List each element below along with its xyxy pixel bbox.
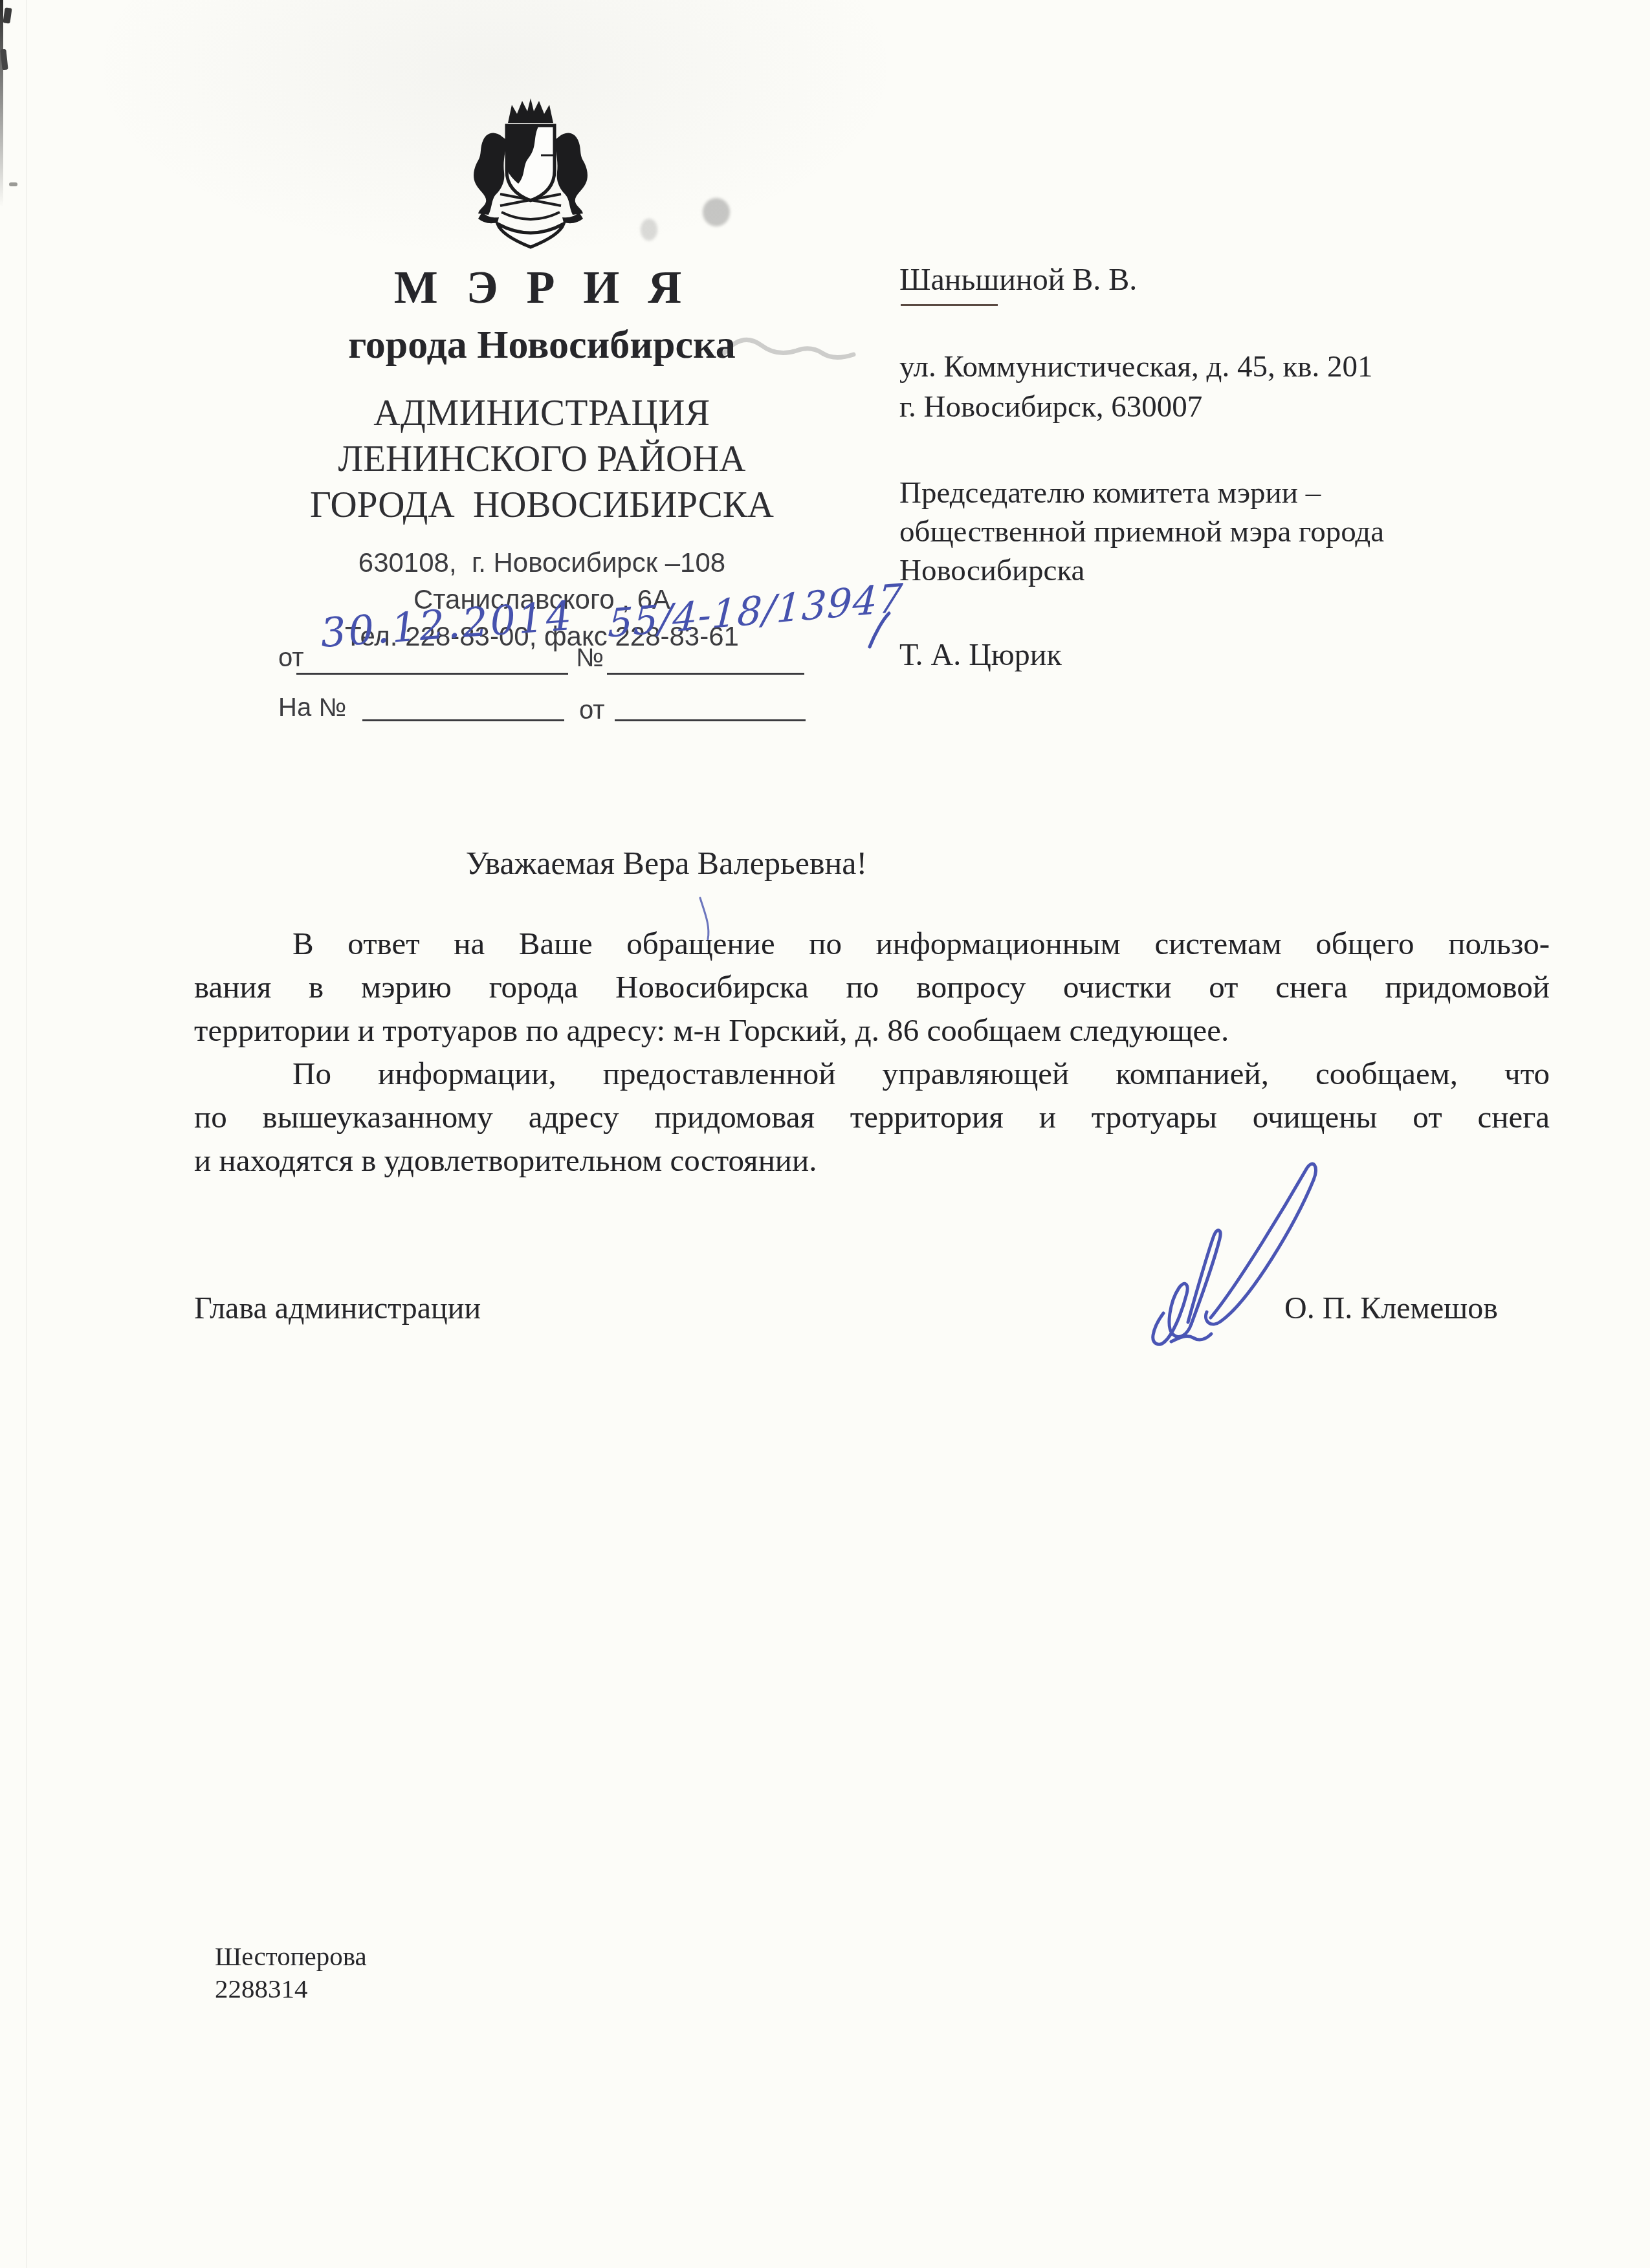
executor-phone: 2288314 <box>215 1973 308 2004</box>
addressee-name-underline <box>901 304 998 306</box>
addressee-street: ул. Коммунистическая, д. 45, кв. 201 <box>899 349 1372 384</box>
addressee-name: Шаньшиной В. В. <box>899 262 1137 298</box>
addressee-city: г. Новосибирск, 630007 <box>899 389 1202 424</box>
org-admin-line2: ЛЕНИНСКОГО РАЙОНА <box>272 441 812 477</box>
org-admin-line1: АДМИНИСТРАЦИЯ <box>272 395 812 431</box>
signoff-position: Глава администрации <box>194 1291 481 1326</box>
org-title: М Э Р И Я <box>272 264 812 311</box>
scan-smudge <box>641 219 657 241</box>
copy-recipient-line2: общественной приемной мэра города <box>899 514 1384 549</box>
body-line: вания в мэрию города Новосибирска по воп… <box>194 970 1550 1005</box>
ref-from-label: от <box>278 644 304 673</box>
pen-tick-mark <box>867 611 893 649</box>
reply-from-label: от <box>579 696 605 725</box>
copy-recipient-line1: Председателю комитета мэрии – <box>899 475 1321 510</box>
scan-artifact <box>0 0 3 207</box>
scanned-letter-page: М Э Р И Я города Новосибирска АДМИНИСТРА… <box>0 0 1650 2268</box>
org-subtitle: города Новосибирска <box>272 325 812 365</box>
copy-recipient-line3: Новосибирска <box>899 553 1084 588</box>
coat-of-arms <box>463 97 599 256</box>
scan-smudge <box>703 198 730 226</box>
reply-date-line <box>615 719 806 721</box>
reply-ref-label: На № <box>278 693 346 723</box>
scan-artifact <box>0 49 8 71</box>
handwritten-signature <box>1126 1146 1365 1360</box>
body-line: По информации, предоставленной управляющ… <box>194 1056 1550 1091</box>
scan-crease-line <box>26 0 27 2268</box>
body-line: по вышеуказанному адресу придомовая терр… <box>194 1100 1550 1135</box>
ref-number-label: № <box>576 644 604 673</box>
scan-artifact <box>9 182 17 186</box>
body-line: территории и тротуаров по адресу: м-н Го… <box>194 1013 1550 1048</box>
copy-recipient-name: Т. А. Цюрик <box>899 637 1062 673</box>
reply-number-line <box>362 719 564 721</box>
salutation: Уважаемая Вера Валерьевна! <box>194 844 1139 882</box>
executor-name: Шестоперова <box>215 1941 367 1972</box>
org-postal-address: 630108, г. Новосибирск –108 <box>272 549 812 576</box>
body-line: В ответ на Ваше обращение по информацион… <box>194 926 1550 961</box>
ref-date-line <box>296 673 568 675</box>
org-admin-line3: ГОРОДА НОВОСИБИРСКА <box>272 486 812 523</box>
ref-number-line <box>607 673 804 675</box>
signoff-name: О. П. Клемешов <box>1284 1291 1543 1326</box>
scan-artifact <box>3 7 12 23</box>
